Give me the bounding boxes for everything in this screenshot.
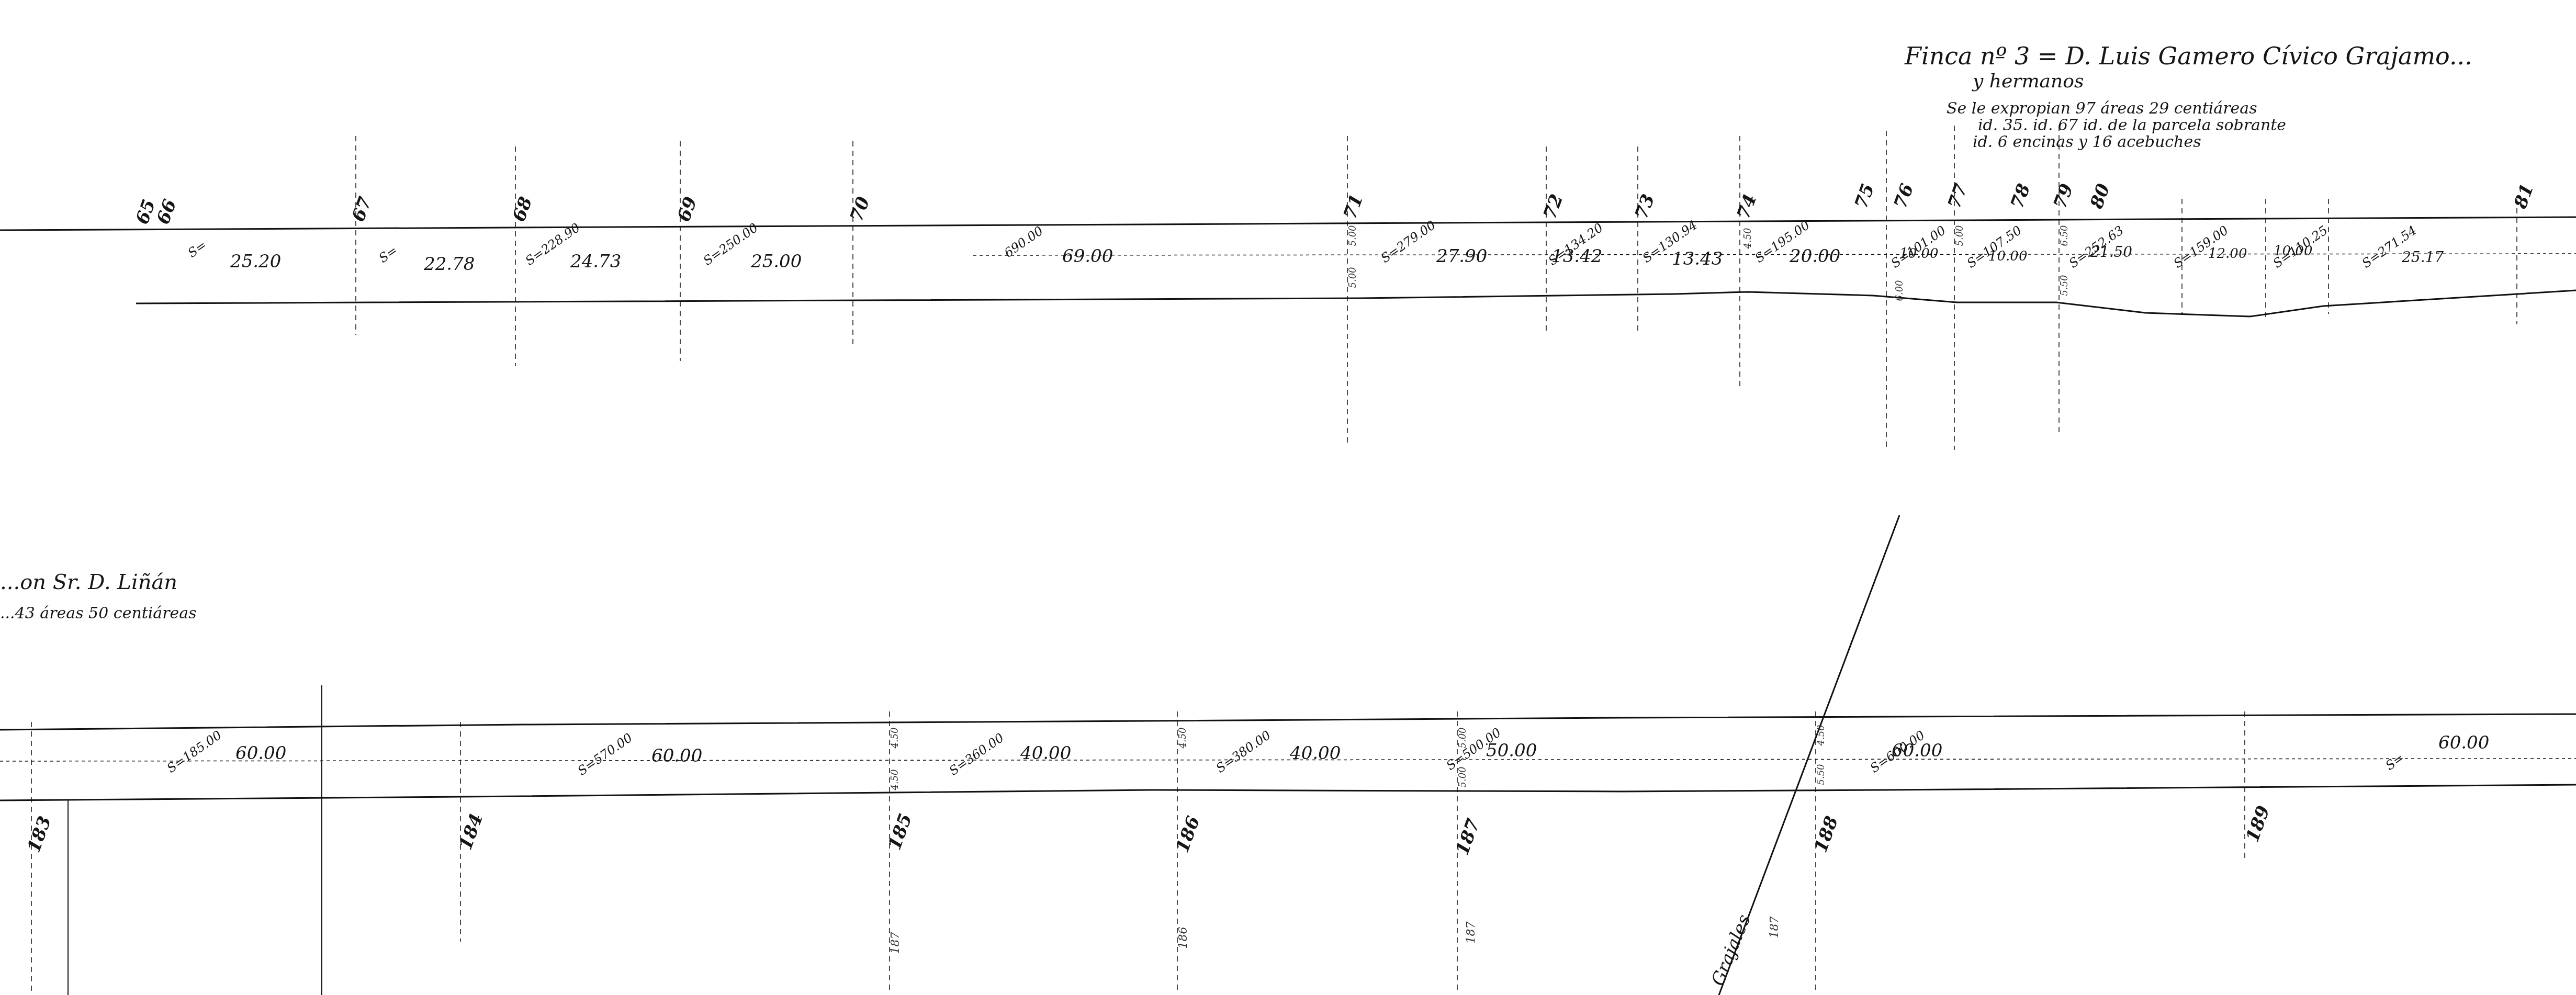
offset-value: 5.00 <box>1954 225 1965 246</box>
segment-width: 24.73 <box>570 251 621 272</box>
offset-value: 4.50 <box>1177 727 1188 748</box>
upper-band-top-boundary <box>0 217 2576 230</box>
offset-value: 4.50 <box>1742 228 1753 248</box>
segment-width: 40.00 <box>1020 743 1071 764</box>
segment-width: 60.00 <box>2438 732 2489 753</box>
segment-width: 12.00 <box>2208 246 2247 262</box>
offset-value: 6.00 <box>1894 280 1905 301</box>
segment-width: 60.00 <box>651 745 702 766</box>
offset-value: 5.50 <box>2059 275 2070 296</box>
lower-band-bottom-boundary <box>0 785 2576 800</box>
offset-value: 4.50 <box>890 769 901 790</box>
offset-value: 5.00 <box>1457 766 1468 787</box>
segment-width: 13.42 <box>1551 246 1602 267</box>
segment-width: 22.78 <box>424 254 475 275</box>
offset-value: 5.00 <box>1347 267 1358 288</box>
offset-value: 6.50 <box>2059 225 2070 246</box>
segment-width: 10.00 <box>1988 248 2027 264</box>
header-title-line2: y hermanos <box>1973 71 2084 92</box>
segment-width: 27.90 <box>1436 246 1487 267</box>
segment-width: 10.00 <box>2274 243 2312 259</box>
segment-width: 10.00 <box>1899 246 1938 262</box>
offset-value: 4.50 <box>1816 725 1827 745</box>
header-title-line1: Finca nº 3 = D. Luis Gamero Cívico Graja… <box>1905 42 2472 70</box>
lower-note-line1: ...on Sr. D. Liñán <box>0 570 177 594</box>
secondary-profile-label: 187 <box>889 932 902 954</box>
offset-value: 4.50 <box>890 727 901 748</box>
segment-width: 25.00 <box>751 251 802 272</box>
segment-width: 20.00 <box>1790 246 1840 267</box>
offset-value: 5.50 <box>1816 764 1827 785</box>
offset-value: 5.00 <box>1457 727 1468 748</box>
header-note-line2: id. 35. id. 67 id. de la parcela sobrant… <box>1978 116 2286 134</box>
secondary-profile-label: 187 <box>1465 922 1478 944</box>
lower-band-top-boundary <box>0 714 2576 730</box>
segment-width: 50.00 <box>1486 740 1537 761</box>
header-note-line3: id. 6 encinas y 16 acebuches <box>1973 133 2201 151</box>
secondary-profile-label: 187 <box>1768 917 1781 939</box>
segment-width: 25.17 <box>2402 248 2444 266</box>
segment-width: 40.00 <box>1290 743 1341 764</box>
segment-width: 60.00 <box>235 743 286 764</box>
segment-width: 21.50 <box>2090 243 2132 261</box>
survey-plan-sheet: Finca nº 3 = D. Luis Gamero Cívico Graja… <box>0 0 2576 995</box>
segment-width: 69.00 <box>1062 246 1113 267</box>
header-note-line1: Se le expropian 97 áreas 29 centiáreas <box>1947 99 2257 118</box>
upper-band-bottom-boundary <box>136 290 2576 316</box>
segment-width: 13.43 <box>1672 248 1723 269</box>
segment-width: 60.00 <box>1892 740 1942 761</box>
lower-note-line2: ...43 áreas 50 centiáreas <box>0 604 197 623</box>
segment-width: 25.20 <box>230 251 281 272</box>
offset-value: 5.00 <box>1347 225 1358 246</box>
secondary-profile-label: 186 <box>1177 927 1190 949</box>
